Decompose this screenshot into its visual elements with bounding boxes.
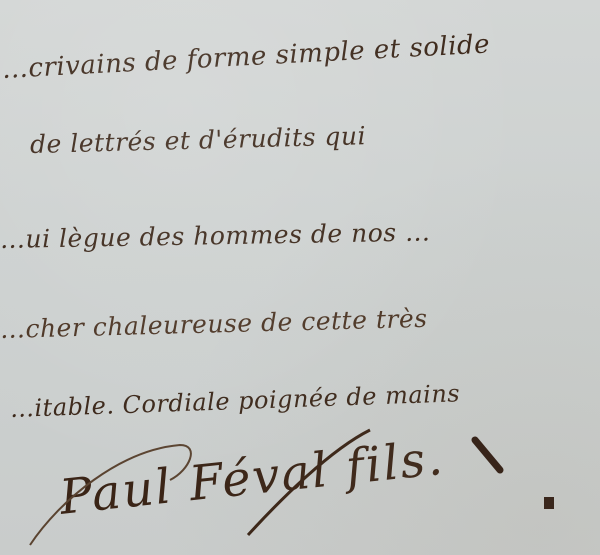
signature-flourish-icon bbox=[0, 0, 600, 555]
letter-paper: …crivains de forme simple et solide de l… bbox=[0, 0, 600, 555]
